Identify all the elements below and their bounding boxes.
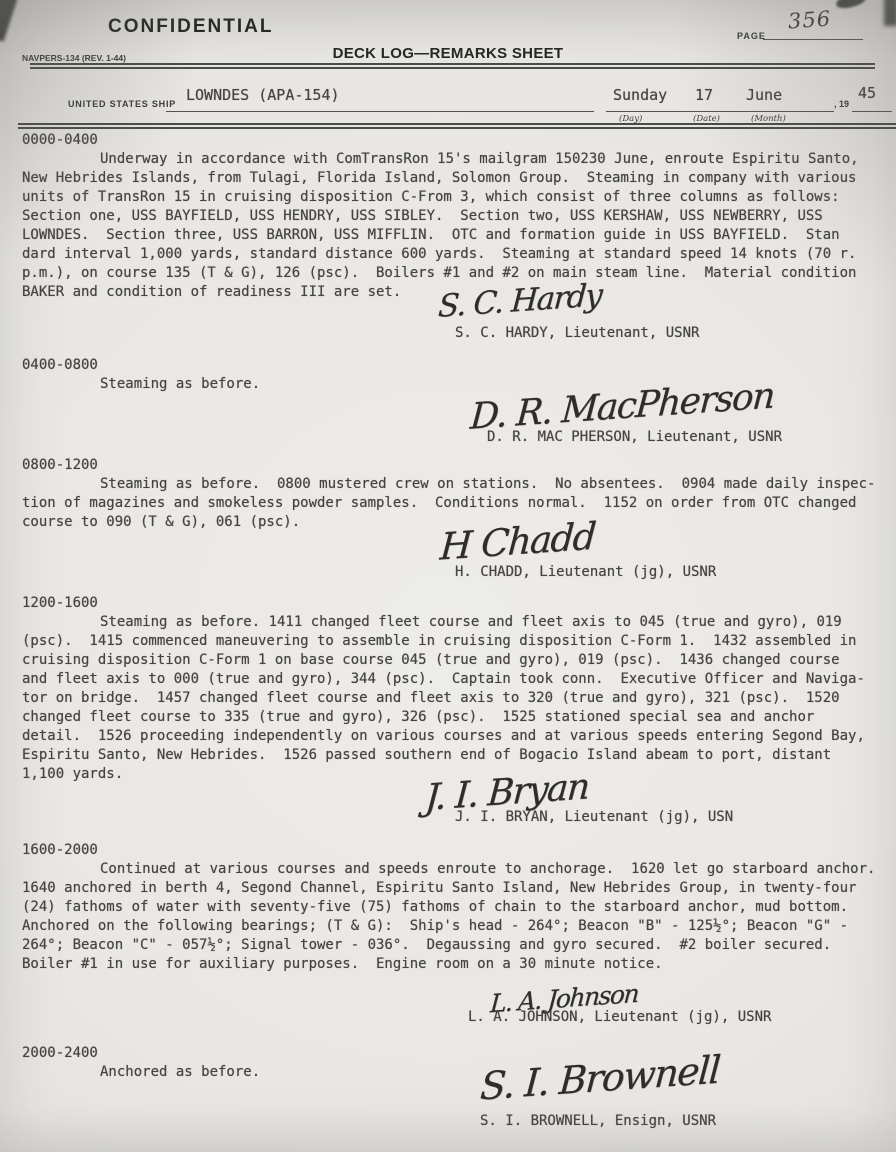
sheet-title: DECK LOG—REMARKS SHEET bbox=[0, 45, 896, 62]
log-line: and fleet axis to 000 (true and gyro), 3… bbox=[22, 670, 880, 689]
log-line: (psc). 1415 commenced maneuvering to ass… bbox=[22, 632, 880, 651]
watch-period: 1600-2000 bbox=[22, 841, 880, 860]
page-number: 356 bbox=[787, 7, 832, 34]
log-line: p.m.), on course 135 (T & G), 126 (psc).… bbox=[22, 264, 880, 283]
watch-period: 0000-0400 bbox=[22, 131, 880, 150]
log-line: Continued at various courses and speeds … bbox=[22, 860, 880, 879]
typed-signature: S. I. BROWNELL, Ensign, USNR bbox=[480, 1112, 716, 1131]
log-line: changed fleet course to 335 (true and gy… bbox=[22, 708, 880, 727]
log-line: LOWNDES. Section three, USS BARRON, USS … bbox=[22, 226, 880, 245]
ship-label: UNITED STATES SHIP bbox=[68, 99, 176, 109]
log-line: tor on bridge. 1457 changed fleet course… bbox=[22, 689, 880, 708]
watch-period: 2000-2400 bbox=[22, 1044, 880, 1063]
page-label: PAGE bbox=[737, 31, 766, 41]
log-line: tion of magazines and smokeless powder s… bbox=[22, 494, 880, 513]
title-rule-top bbox=[30, 63, 875, 65]
log-line: Anchored on the following bearings; (T &… bbox=[22, 917, 880, 936]
log-line: 1640 anchored in berth 4, Segond Channel… bbox=[22, 879, 880, 898]
log-line: 264°; Beacon "C" - 057½°; Signal tower -… bbox=[22, 936, 880, 955]
log-line: Section one, USS BAYFIELD, USS HENDRY, U… bbox=[22, 207, 880, 226]
header-rule-bottom bbox=[18, 127, 896, 129]
log-line: Steaming as before. 0800 mustered crew o… bbox=[22, 475, 880, 494]
log-line: Espiritu Santo, New Hebrides. 1526 passe… bbox=[22, 746, 880, 765]
log-entry-0000-0400: 0000-0400 Underway in accordance with Co… bbox=[22, 131, 880, 302]
log-line: units of TransRon 15 in cruising disposi… bbox=[22, 188, 880, 207]
ship-name-rule bbox=[166, 111, 594, 112]
page-number-rule bbox=[763, 39, 863, 40]
title-rule-bottom bbox=[30, 67, 875, 69]
scan-artifact-top-left bbox=[0, 0, 20, 42]
log-line: New Hebrides Islands, from Tulagi, Flori… bbox=[22, 169, 880, 188]
log-entry-1200-1600: 1200-1600 Steaming as before. 1411 chang… bbox=[22, 594, 880, 784]
header-rule-top bbox=[18, 123, 896, 125]
scan-artifact-right-edge bbox=[884, 0, 896, 26]
log-entry-0800-1200: 0800-1200 Steaming as before. 0800 muste… bbox=[22, 456, 880, 532]
date-day: Sunday bbox=[613, 86, 667, 105]
ship-name: LOWNDES (APA-154) bbox=[186, 86, 340, 105]
log-line: Boiler #1 in use for auxiliary purposes.… bbox=[22, 955, 880, 974]
typed-signature: L. A. JOHNSON, Lieutenant (jg), USNR bbox=[468, 1008, 771, 1027]
watch-period: 0800-1200 bbox=[22, 456, 880, 475]
watch-period: 1200-1600 bbox=[22, 594, 880, 613]
year-prefix: , 19 bbox=[834, 99, 849, 109]
log-line: cruising disposition C-Form 1 on base co… bbox=[22, 651, 880, 670]
log-line: Anchored as before. bbox=[22, 1063, 880, 1082]
log-entry-1600-2000: 1600-2000 Continued at various courses a… bbox=[22, 841, 880, 974]
typed-signature: S. C. HARDY, Lieutenant, USNR bbox=[455, 324, 699, 343]
year-value: 45 bbox=[858, 84, 876, 103]
date-rule bbox=[606, 111, 834, 112]
log-line: (24) fathoms of water with seventy-five … bbox=[22, 898, 880, 917]
classification-stamp: CONFIDENTIAL bbox=[108, 16, 273, 38]
log-line: Underway in accordance with ComTransRon … bbox=[22, 150, 880, 169]
log-line: detail. 1526 proceeding independently on… bbox=[22, 727, 880, 746]
year-rule bbox=[852, 111, 892, 112]
deck-log-sheet: CONFIDENTIAL PAGE 356 NAVPERS-134 (REV. … bbox=[0, 0, 896, 1152]
log-line: Steaming as before. 1411 changed fleet c… bbox=[22, 613, 880, 632]
log-line: dard interval 1,000 yards, standard dist… bbox=[22, 245, 880, 264]
log-entry-2000-2400: 2000-2400 Anchored as before. bbox=[22, 1044, 880, 1082]
date-month: June bbox=[746, 86, 782, 105]
watch-period: 0400-0800 bbox=[22, 356, 880, 375]
typed-signature: H. CHADD, Lieutenant (jg), USNR bbox=[455, 563, 716, 582]
typed-signature: J. I. BRYAN, Lieutenant (jg), USN bbox=[455, 808, 733, 827]
typed-signature: D. R. MAC PHERSON, Lieutenant, USNR bbox=[487, 428, 782, 447]
date-number: 17 bbox=[695, 86, 713, 105]
scan-artifact-top-right bbox=[835, 0, 867, 10]
